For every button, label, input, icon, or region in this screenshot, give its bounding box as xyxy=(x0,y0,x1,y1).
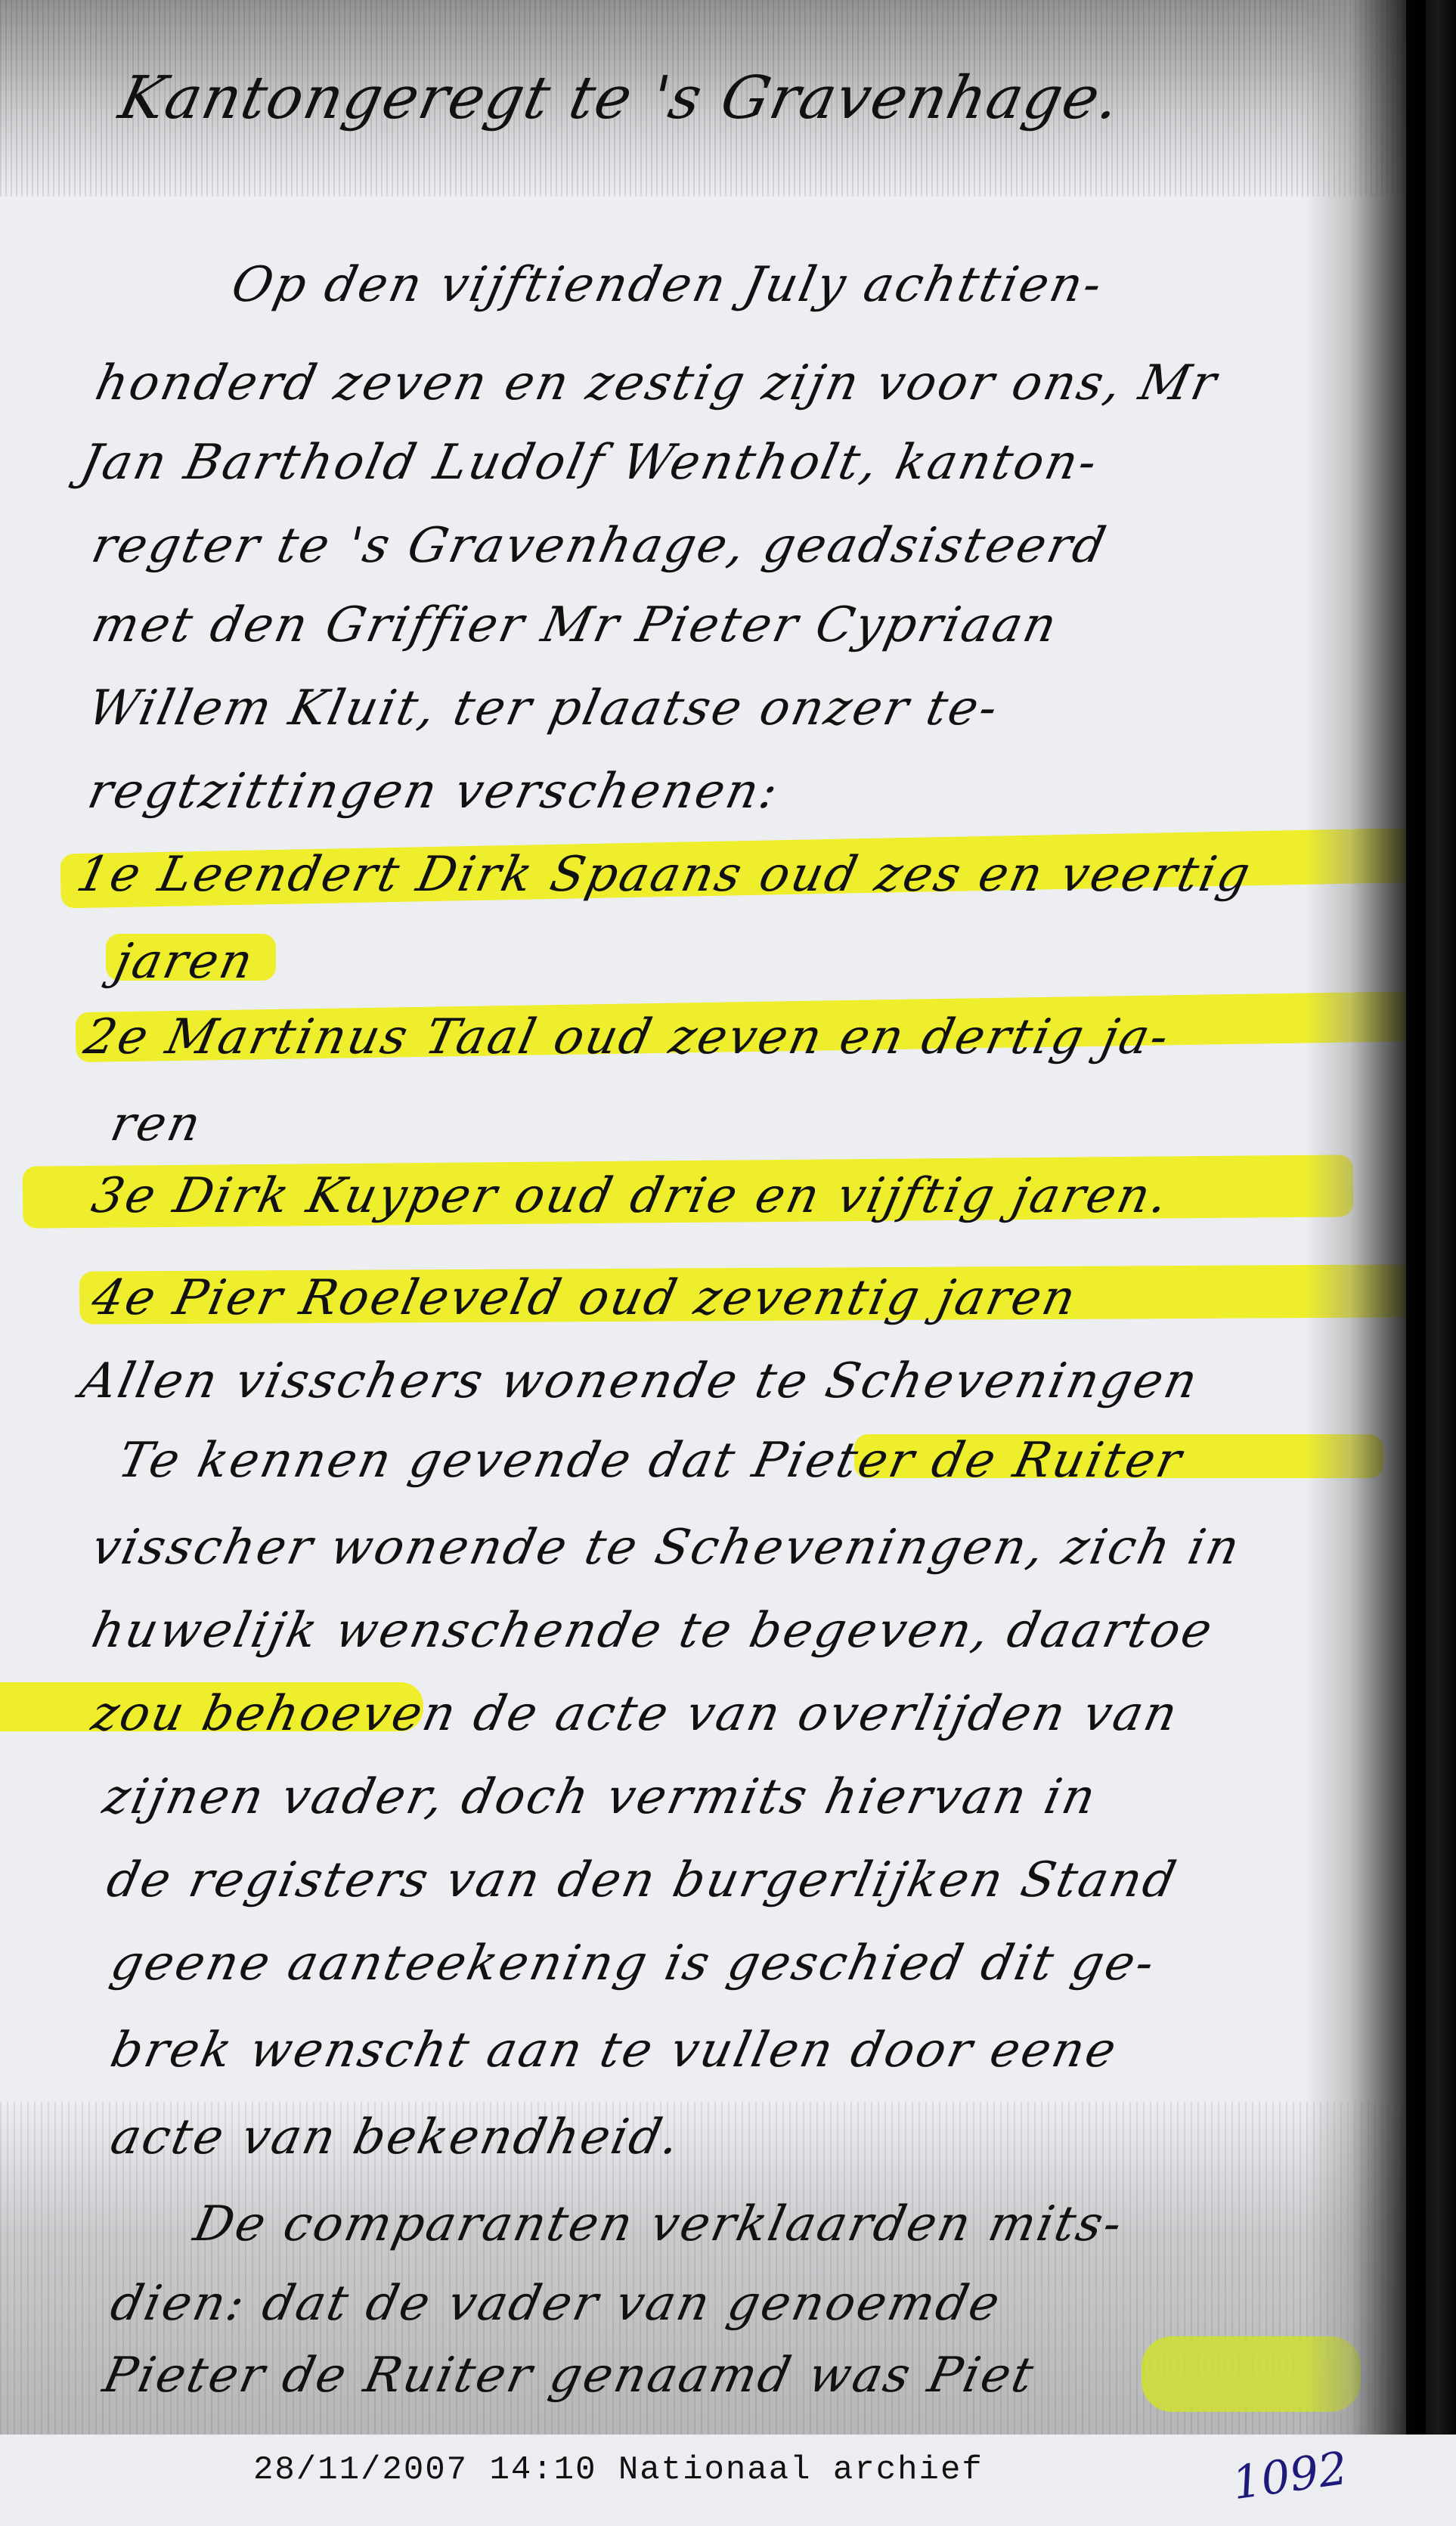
text-line-23: acte van bekendheid. xyxy=(106,2109,686,2165)
text-line-12: 3e Dirk Kuyper oud drie en vijftig jaren… xyxy=(87,1168,1175,1224)
handwritten-page-number: 1092 xyxy=(1229,2442,1351,2511)
binding-shadow xyxy=(1305,0,1456,2435)
text-line-2: honderd zeven en zestig zijn voor ons, M… xyxy=(91,355,1223,411)
text-line-22: brek wenscht aan te vullen door eene xyxy=(106,2022,1123,2078)
text-line-5: met den Griffier Mr Pieter Cypriaan xyxy=(87,597,1064,653)
text-line-6: Willem Kluit, ter plaatse onzer te- xyxy=(83,680,1005,736)
text-line-11: ren xyxy=(106,1096,207,1152)
text-line-26: Pieter de Ruiter genaamd was Piet xyxy=(98,2348,1040,2404)
text-line-17: huwelijk wenschende te begeven, daartoe xyxy=(87,1603,1219,1659)
text-line-1: Op den vijftienden July achttien- xyxy=(227,257,1108,313)
fax-transmission-header: 28/11/2007 14:10 Nationaal archief xyxy=(253,2451,984,2489)
text-line-18: zou behoeven de acte van overlijden van xyxy=(87,1686,1184,1742)
scanned-page: Kantongeregt te 's Gravenhage. Op den vi… xyxy=(0,0,1456,2435)
fax-footer: 28/11/2007 14:10 Nationaal archief 1092 xyxy=(0,2435,1456,2526)
text-line-16: visscher wonende te Scheveningen, zich i… xyxy=(87,1520,1246,1576)
text-line-15: Te kennen gevende dat Pieter de Ruiter xyxy=(113,1433,1188,1489)
text-line-20: de registers van den burgerlijken Stand xyxy=(102,1852,1182,1908)
text-line-25: dien: dat de vader van genoemde xyxy=(106,2276,1007,2332)
text-line-19: zijnen vader, doch vermits hiervan in xyxy=(98,1769,1102,1825)
text-line-7: regtzittingen verschenen: xyxy=(83,764,785,820)
text-line-4: regter te 's Gravenhage, geadsisteerd xyxy=(87,518,1113,574)
text-line-10: 2e Martinus Taal oud zeven en dertig ja- xyxy=(79,1009,1176,1065)
text-line-8: 1e Leendert Dirk Spaans oud zes en veert… xyxy=(72,847,1257,903)
text-line-3: Jan Barthold Ludolf Wentholt, kanton- xyxy=(76,435,1104,491)
text-line-13: 4e Pier Roeleveld oud zeventig jaren xyxy=(87,1270,1083,1326)
text-line-24: De comparanten verklaarden mits- xyxy=(189,2196,1129,2252)
text-line-21: geene aanteekening is geschied dit ge- xyxy=(106,1936,1161,1991)
text-line-14: Allen visschers wonende te Scheveningen xyxy=(76,1353,1204,1409)
document-heading: Kantongeregt te 's Gravenhage. xyxy=(113,64,1127,132)
text-line-9: jaren xyxy=(110,934,259,990)
binding-edge xyxy=(1406,0,1426,2435)
